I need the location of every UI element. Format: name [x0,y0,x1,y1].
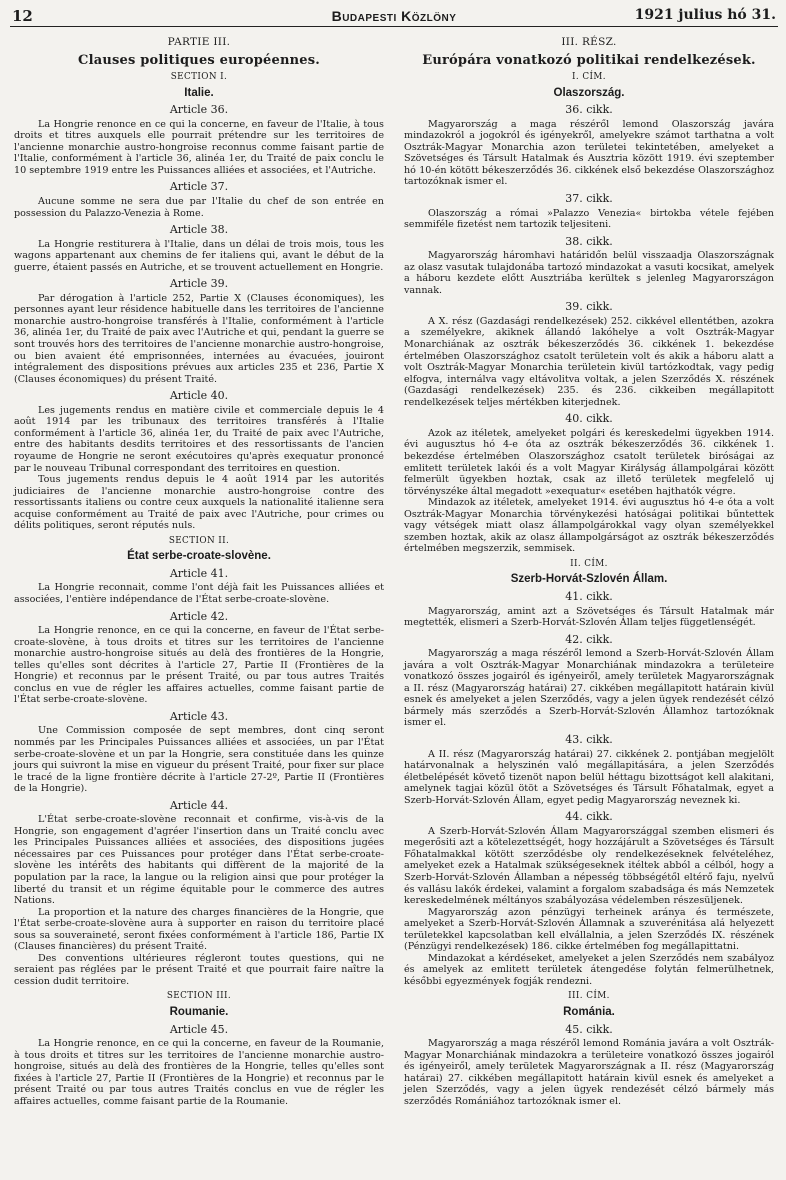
article-heading: Article 37. [14,181,384,193]
article-heading: 36. cikk. [404,104,774,116]
section-label: III. CÍM. [404,991,774,1003]
article-paragraph: Mindazok az itéletek, amelyeket 1914. év… [404,497,774,555]
article-heading: 40. cikk. [404,413,774,425]
article-heading: 45. cikk. [404,1024,774,1036]
newspaper-page: 12 Budapesti Közlöny 1921 julius hó 31. … [0,0,786,1180]
section: II. CÍM.Szerb-Horvát-Szlovén Állam.41. c… [404,559,774,988]
article-paragraph: La proportion et la nature des charges f… [14,907,384,953]
article-heading: Article 45. [14,1024,384,1036]
article-paragraph: Une Commission composée de sept membres,… [14,725,384,794]
article-heading: 41. cikk. [404,591,774,603]
article-paragraph: Magyarország azon pénzügyi terheinek ará… [404,907,774,953]
part-label: PARTIE III. [14,37,384,49]
article: Article 36.La Hongrie renonce en ce qui … [14,104,384,176]
article-paragraph: Des conventions ultérieures régleront to… [14,953,384,988]
section-title: Olaszország. [404,88,774,100]
french-column: PARTIE III. Clauses politiques européenn… [14,34,384,1107]
article: 37. cikk.Olaszország a római »Palazzo Ve… [404,193,774,231]
section-label: SECTION II. [14,536,384,548]
article-paragraph: Par dérogation à l'article 252, Partie X… [14,293,384,385]
article-heading: Article 36. [14,104,384,116]
section: I. CÍM.Olaszország.36. cikk.Magyarország… [404,72,774,555]
section-label: II. CÍM. [404,559,774,571]
article-paragraph: Olaszország a római »Palazzo Venezia« bi… [404,208,774,231]
article: Article 41.La Hongrie reconnait, comme l… [14,568,384,606]
article-paragraph: Les jugements rendus en matière civile e… [14,405,384,474]
issue-date: 1921 julius hó 31. [635,7,776,23]
article-paragraph: L'État serbe-croate-slovène reconnait et… [14,814,384,906]
article-heading: 37. cikk. [404,193,774,205]
article-heading: Article 43. [14,711,384,723]
article-paragraph: La Hongrie renonce, en ce qui la concern… [14,625,384,706]
article: Article 44.L'État serbe-croate-slovène r… [14,800,384,988]
article: 43. cikk.A II. rész (Magyarország határa… [404,734,774,806]
article: 36. cikk.Magyarország a maga részéről le… [404,104,774,188]
article-paragraph: La Hongrie renonce, en ce qui la concern… [14,1038,384,1107]
article-paragraph: La Hongrie restiturera à l'Italie, dans … [14,239,384,274]
part-title: Európára vonatkozó politikai rendelkezés… [404,55,774,67]
article-heading: Article 41. [14,568,384,580]
article-heading: Article 44. [14,800,384,812]
article-paragraph: Magyarország háromhavi határidőn belül v… [404,250,774,296]
article-paragraph: La Hongrie reconnait, comme l'ont déjà f… [14,582,384,605]
article: Article 42.La Hongrie renonce, en ce qui… [14,611,384,706]
article-heading: Article 42. [14,611,384,623]
section: SECTION I.Italie.Article 36.La Hongrie r… [14,72,384,532]
article-heading: Article 38. [14,224,384,236]
article-paragraph: La Hongrie renonce en ce qui la concerne… [14,119,384,177]
article-heading: Article 39. [14,278,384,290]
article: 42. cikk.Magyarország a maga részéről le… [404,634,774,729]
part-label: III. RÉSZ. [404,37,774,49]
section-title: Románia. [404,1007,774,1019]
article-paragraph: A Szerb-Horvát-Szlovén Állam Magyarorszá… [404,826,774,907]
article: 44. cikk.A Szerb-Horvát-Szlovén Állam Ma… [404,811,774,987]
article-heading: 39. cikk. [404,301,774,313]
article: 39. cikk.A X. rész (Gazdasági rendelkezé… [404,301,774,408]
section-title: État serbe-croate-slovène. [14,551,384,563]
article-paragraph: Magyarország a maga részéről lemond Romá… [404,1038,774,1107]
section: SECTION III.Roumanie.Article 45.La Hongr… [14,991,384,1107]
article-paragraph: Mindazokat a kérdéseket, amelyeket a jel… [404,953,774,988]
page-header: 12 Budapesti Közlöny 1921 julius hó 31. [10,6,778,27]
section-label: SECTION I. [14,72,384,84]
article-paragraph: A II. rész (Magyarország határai) 27. ci… [404,749,774,807]
article-heading: 42. cikk. [404,634,774,646]
article: 38. cikk.Magyarország háromhavi határidő… [404,236,774,297]
article: Article 38.La Hongrie restiturera à l'It… [14,224,384,273]
article-paragraph: Azok az itéletek, amelyeket polgári és k… [404,428,774,497]
article: 41. cikk.Magyarország, amint azt a Szöve… [404,591,774,629]
article: 45. cikk.Magyarország a maga részéről le… [404,1024,774,1108]
part-title: Clauses politiques européennes. [14,55,384,67]
hungarian-column: III. RÉSZ. Európára vonatkozó politikai … [404,34,774,1107]
article: Article 43.Une Commission composée de se… [14,711,384,795]
article-paragraph: Magyarország, amint azt a Szövetséges és… [404,606,774,629]
article-paragraph: Magyarország a maga részéről lemond a Sz… [404,648,774,729]
article: 40. cikk.Azok az itéletek, amelyeket pol… [404,413,774,555]
section-title: Szerb-Horvát-Szlovén Állam. [404,574,774,586]
section-title: Italie. [14,88,384,100]
article-heading: 43. cikk. [404,734,774,746]
article: Article 45.La Hongrie renonce, en ce qui… [14,1024,384,1108]
section: III. CÍM.Románia.45. cikk.Magyarország a… [404,991,774,1107]
article-heading: 44. cikk. [404,811,774,823]
section: SECTION II.État serbe-croate-slovène.Art… [14,536,384,988]
section-label: SECTION III. [14,991,384,1003]
article-paragraph: Aucune somme ne sera due par l'Italie du… [14,196,384,219]
article-paragraph: Tous jugements rendus depuis le 4 août 1… [14,474,384,532]
article: Article 40.Les jugements rendus en matiè… [14,390,384,532]
article: Article 37.Aucune somme ne sera due par … [14,181,384,219]
article: Article 39.Par dérogation à l'article 25… [14,278,384,385]
article-heading: 38. cikk. [404,236,774,248]
article-paragraph: Magyarország a maga részéről lemond Olas… [404,119,774,188]
article-heading: Article 40. [14,390,384,402]
section-title: Roumanie. [14,1007,384,1019]
section-label: I. CÍM. [404,72,774,84]
article-paragraph: A X. rész (Gazdasági rendelkezések) 252.… [404,316,774,408]
